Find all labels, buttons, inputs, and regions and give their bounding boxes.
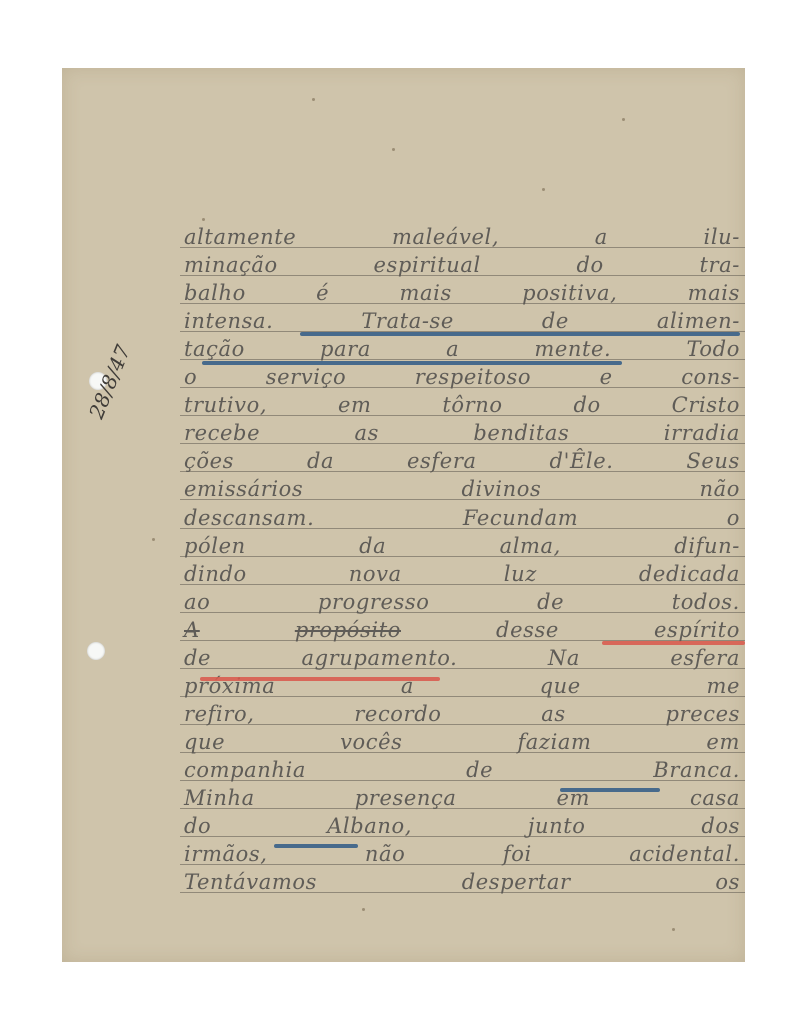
word: espírito bbox=[654, 616, 740, 644]
word: alimen- bbox=[657, 307, 740, 335]
word: esfera bbox=[670, 644, 740, 672]
blue-underline-albano bbox=[274, 844, 358, 848]
word: alma, bbox=[500, 532, 561, 560]
word: é bbox=[316, 279, 329, 307]
text-line: quevocêsfaziamem bbox=[184, 728, 740, 756]
word: de bbox=[537, 588, 564, 616]
text-line: altamentemaleável,ailu- bbox=[184, 223, 740, 251]
text-line: deagrupamento.Naesfera bbox=[184, 644, 740, 672]
word: refiro, bbox=[184, 700, 255, 728]
word: todos. bbox=[672, 588, 740, 616]
word: Fecundam bbox=[463, 504, 578, 532]
word: d'Êle. bbox=[550, 447, 614, 475]
word: divinos bbox=[461, 475, 541, 503]
word: a bbox=[446, 335, 459, 363]
text-line: pólendaalma,difun- bbox=[184, 532, 740, 560]
word: espiritual bbox=[374, 251, 481, 279]
word: vocês bbox=[340, 728, 402, 756]
text-line: minaçãoespiritualdotra- bbox=[184, 251, 740, 279]
word: Minha bbox=[184, 784, 255, 812]
word: em bbox=[338, 391, 372, 419]
word: não bbox=[365, 840, 406, 868]
word: faziam bbox=[517, 728, 591, 756]
word: que bbox=[540, 672, 581, 700]
text-line: oserviçorespeitosoecons- bbox=[184, 363, 740, 391]
word: altamente bbox=[184, 223, 296, 251]
word: emissários bbox=[184, 475, 303, 503]
word: irmãos, bbox=[184, 840, 267, 868]
word: maleável, bbox=[392, 223, 499, 251]
word: Seus bbox=[686, 447, 740, 475]
text-line: descansam.Fecundamo bbox=[184, 504, 740, 532]
text-line: próximaaqueme bbox=[184, 672, 740, 700]
blue-underline-branca bbox=[560, 788, 660, 792]
word: Trata-se bbox=[361, 307, 454, 335]
word: do bbox=[184, 812, 211, 840]
word: Tentávamos bbox=[184, 868, 317, 896]
word: serviço bbox=[266, 363, 346, 391]
word: tra- bbox=[700, 251, 741, 279]
word: Cristo bbox=[672, 391, 740, 419]
word: que bbox=[184, 728, 225, 756]
word: a bbox=[401, 672, 414, 700]
blue-underline-alimentacao-1 bbox=[300, 332, 740, 336]
word: dedicada bbox=[639, 560, 740, 588]
word: recordo bbox=[354, 700, 441, 728]
text-line: emissáriosdivinosnão bbox=[184, 475, 740, 503]
word: balho bbox=[184, 279, 246, 307]
text-line: Apropósitodesseespírito bbox=[184, 616, 740, 644]
word: tação bbox=[184, 335, 245, 363]
word: A bbox=[184, 616, 200, 644]
word: me bbox=[706, 672, 740, 700]
word: em bbox=[706, 728, 740, 756]
word: do bbox=[574, 391, 601, 419]
word: esfera bbox=[407, 447, 477, 475]
punch-hole-bottom bbox=[87, 642, 105, 660]
word: a bbox=[595, 223, 608, 251]
text-line: taçãoparaamente.Todo bbox=[184, 335, 740, 363]
word: dindo bbox=[184, 560, 247, 588]
text-line: irmãos,nãofoiacidental. bbox=[184, 840, 740, 868]
word: luz bbox=[504, 560, 537, 588]
word: de bbox=[466, 756, 493, 784]
word: de bbox=[184, 644, 211, 672]
word: ao bbox=[184, 588, 210, 616]
word: os bbox=[715, 868, 740, 896]
text-line: trutivo,emtôrnodoCristo bbox=[184, 391, 740, 419]
word: próxima bbox=[184, 672, 275, 700]
text-line: aoprogressodetodos. bbox=[184, 588, 740, 616]
word: da bbox=[307, 447, 334, 475]
word: acidental. bbox=[629, 840, 740, 868]
word: companhia bbox=[184, 756, 306, 784]
text-line: recebeasbenditasirradia bbox=[184, 419, 740, 447]
manuscript-page: 28/8/47 altamentemaleável,ailu-minaçãoes… bbox=[62, 68, 745, 962]
word: descansam. bbox=[184, 504, 314, 532]
word: as bbox=[541, 700, 566, 728]
word: benditas bbox=[473, 419, 569, 447]
word: desse bbox=[496, 616, 559, 644]
red-underline-agrupamento bbox=[200, 677, 440, 681]
word: junto bbox=[528, 812, 586, 840]
text-line: balhoémaispositiva,mais bbox=[184, 279, 740, 307]
word: respeitoso bbox=[415, 363, 531, 391]
word: dos bbox=[701, 812, 740, 840]
word: Branca. bbox=[653, 756, 740, 784]
word: cons- bbox=[681, 363, 740, 391]
text-line: dindonovaluzdedicada bbox=[184, 560, 740, 588]
word: não bbox=[699, 475, 740, 503]
text-line: çõesdaesferad'Êle.Seus bbox=[184, 447, 740, 475]
word: mais bbox=[688, 279, 740, 307]
word: Todo bbox=[686, 335, 740, 363]
word: recebe bbox=[184, 419, 260, 447]
blue-underline-alimentacao-2 bbox=[202, 361, 622, 365]
word: mais bbox=[400, 279, 452, 307]
word: despertar bbox=[462, 868, 571, 896]
word: de bbox=[542, 307, 569, 335]
text-line: intensa.Trata-sedealimen- bbox=[184, 307, 740, 335]
word: para bbox=[320, 335, 371, 363]
word: tôrno bbox=[442, 391, 502, 419]
word: ções bbox=[184, 447, 234, 475]
text-line: companhiadeBranca. bbox=[184, 756, 740, 784]
text-line: refiro,recordoaspreces bbox=[184, 700, 740, 728]
word: do bbox=[577, 251, 604, 279]
word: Albano, bbox=[327, 812, 412, 840]
word: e bbox=[600, 363, 613, 391]
word: trutivo, bbox=[184, 391, 267, 419]
word: pólen bbox=[184, 532, 246, 560]
red-underline-espirito bbox=[602, 641, 745, 645]
word: as bbox=[354, 419, 379, 447]
word: o bbox=[184, 363, 197, 391]
word: irradia bbox=[664, 419, 740, 447]
word: Na bbox=[548, 644, 580, 672]
word: nova bbox=[349, 560, 402, 588]
word: ilu- bbox=[704, 223, 740, 251]
text-line: doAlbano,juntodos bbox=[184, 812, 740, 840]
text-line: Tentávamosdespertaros bbox=[184, 868, 740, 896]
word: presença bbox=[355, 784, 457, 812]
word: positiva, bbox=[522, 279, 617, 307]
word: da bbox=[359, 532, 386, 560]
word: minação bbox=[184, 251, 278, 279]
word: mente. bbox=[534, 335, 611, 363]
word: foi bbox=[503, 840, 532, 868]
word: o bbox=[727, 504, 740, 532]
word: propósito bbox=[295, 616, 401, 644]
word: intensa. bbox=[184, 307, 273, 335]
word: preces bbox=[666, 700, 740, 728]
word: progresso bbox=[318, 588, 430, 616]
word: casa bbox=[690, 784, 740, 812]
word: agrupamento. bbox=[302, 644, 458, 672]
word: difun- bbox=[674, 532, 740, 560]
